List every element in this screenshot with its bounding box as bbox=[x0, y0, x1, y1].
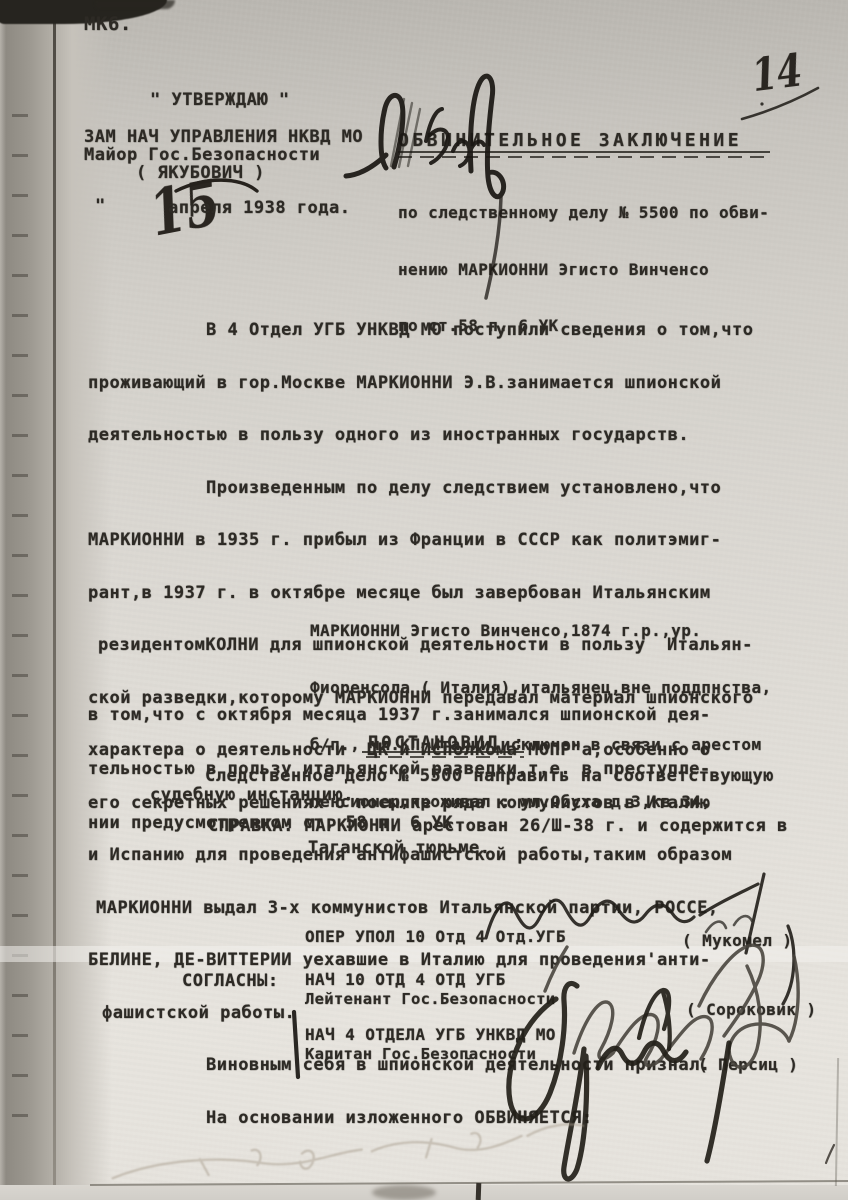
approver-position: ЗАМ НАЧ УПРАВЛЕНИЯ НКВД МО bbox=[84, 129, 363, 147]
case-subtitle-line: по следственному делу № 5500 по обви- bbox=[398, 204, 769, 223]
approver1-rank: Лейтенант Гос.Безопасности bbox=[305, 990, 555, 1009]
accused-line: МАРКИОННИ Эгисто Винченсо,1874 г.р.,ур. bbox=[310, 621, 772, 640]
body-line: В 4 Отдел УГБ УНКВД МО поступили сведени… bbox=[88, 322, 754, 340]
document-page: МК6. 14 " УТВЕРЖДАЮ " ЗАМ НАЧ УПРАВЛЕНИЯ… bbox=[0, 0, 848, 1200]
approver1-title: НАЧ 10 ОТД 4 ОТД УГБ bbox=[305, 971, 506, 990]
left-margin-dashes bbox=[12, 80, 28, 1140]
file-mark: МК6. bbox=[84, 16, 132, 34]
case-subtitle-line: нению МАРКИОННИ Эгисто Винченсо bbox=[398, 261, 769, 280]
approver1-name: ( Сороковик ) bbox=[686, 1001, 816, 1020]
document-title: ОБВИНИТЕЛЬНОЕ ЗАКЛЮЧЕНИЕ bbox=[398, 130, 742, 151]
title-underline-dashes bbox=[398, 156, 766, 158]
handwritten-page-number: 14 bbox=[749, 44, 805, 102]
approver-rank: Майор Гос.Безопасности bbox=[84, 147, 320, 165]
reference-line: СПРАВКА: МАРКИОННИ арестован 26/Ш-38 г. … bbox=[208, 818, 788, 836]
approver2-name: ( Персиц ) bbox=[698, 1056, 798, 1075]
body-line: проживающий в гор.Москве МАРКИОННИ Э.В.з… bbox=[88, 375, 754, 393]
resolution-underline bbox=[362, 751, 524, 753]
bottom-smudge bbox=[372, 1185, 436, 1200]
body-line: Произведенным по делу следствием установ… bbox=[88, 480, 754, 498]
reference-line: Таганской тюрьме. bbox=[308, 840, 491, 858]
agree-label: СОГЛАСНЫ: bbox=[182, 973, 279, 991]
body-line: На основании изложенного ОБВИНЯЕТСЯ: bbox=[88, 1110, 754, 1128]
body-line: МАРКИОННИ в 1935 г. прибыл из Франции в … bbox=[88, 532, 754, 550]
binding-crease-line bbox=[53, 0, 56, 1200]
bottom-ink-mark bbox=[476, 1183, 482, 1200]
date-open-quote: " bbox=[95, 198, 106, 216]
resolution-line: Следственное дело № 5500 направить на со… bbox=[205, 768, 774, 786]
resolution-heading: ПОСТАНОВИЛ : bbox=[368, 733, 527, 753]
body-line: БЕЛИНЕ, ДЕ-ВИТТЕРИИ уехавшие в Италию дл… bbox=[88, 952, 754, 970]
approver2-rank: Капитан Гос.Безопасности bbox=[305, 1045, 536, 1064]
resolution-line: судебную инстанцию. bbox=[150, 787, 354, 805]
title-underline bbox=[398, 151, 770, 153]
approve-stamp-quote: " УТВЕРЖДАЮ " bbox=[150, 92, 290, 110]
date-text: апреля 1938 года. bbox=[168, 200, 351, 218]
corner-tick bbox=[826, 1145, 834, 1163]
oper-name: ( Мукомел ) bbox=[682, 932, 792, 951]
approver2-title: НАЧ 4 ОТДЕЛА УГБ УНКВД МО bbox=[305, 1026, 556, 1045]
top-edge-streak bbox=[95, 0, 175, 9]
body-line: МАРКИОННИ выдал 3-х коммунистов Итальянс… bbox=[88, 900, 754, 918]
resolution-underline-dashes bbox=[366, 756, 524, 758]
charge-line: в том,что с октября месяца 1937 г.занима… bbox=[88, 706, 711, 725]
body-line: деятельностью в пользу одного из иностра… bbox=[88, 427, 754, 445]
right-page-edge-shadow bbox=[835, 1058, 839, 1186]
oper-title: ОПЕР УПОЛ 10 Отд 4 Отд.УГБ bbox=[305, 928, 566, 947]
